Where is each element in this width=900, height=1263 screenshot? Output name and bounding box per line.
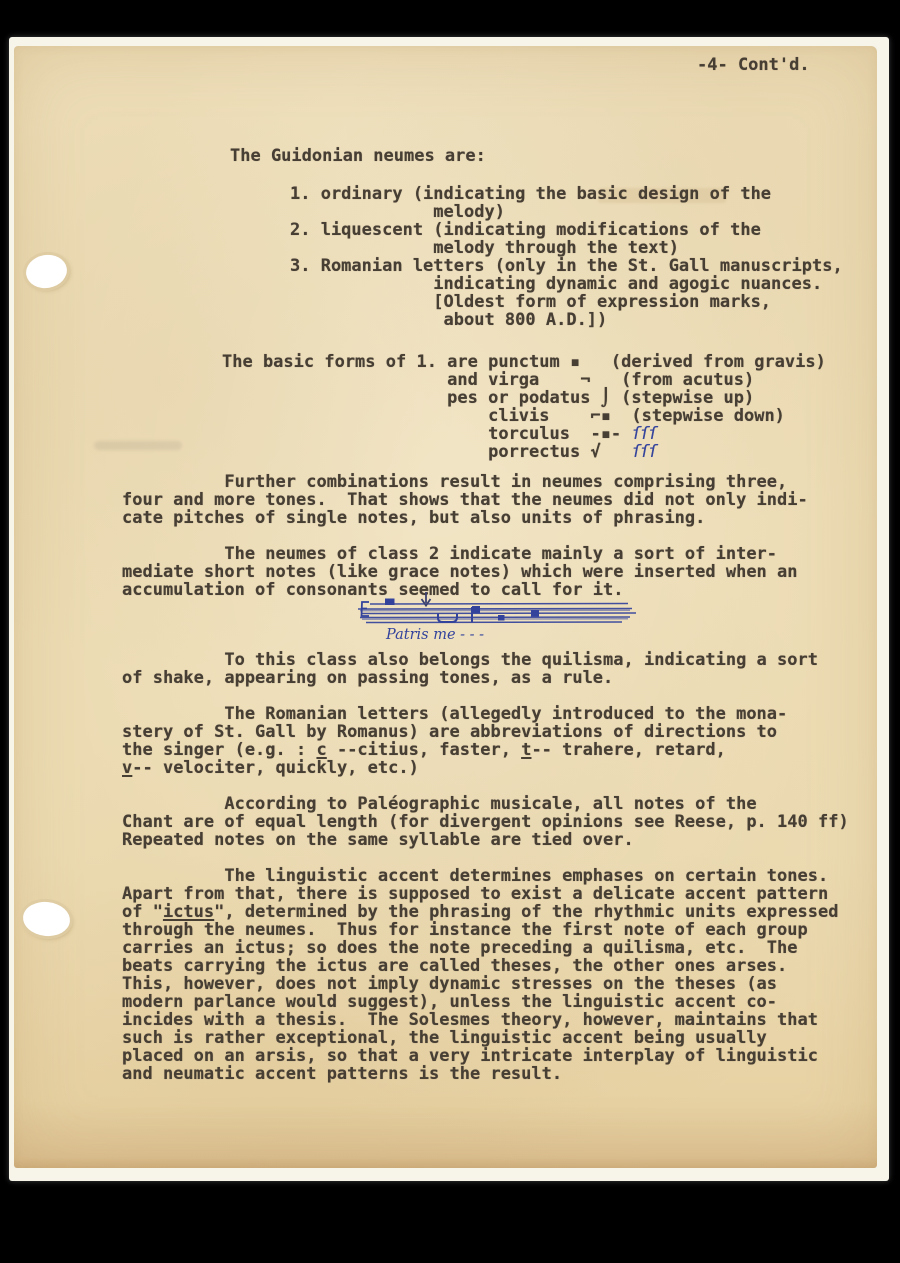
staff-svg: Patris me - - - xyxy=(352,592,644,656)
text-line: modern parlance would suggest), unless t… xyxy=(122,993,838,1011)
pencil-smudge xyxy=(94,441,182,450)
text-line: Repeated notes on the same syllable are … xyxy=(122,831,849,849)
text-line: cate pitches of single notes, but also u… xyxy=(122,509,808,527)
text-line: such is rather exceptional, the linguist… xyxy=(122,1029,838,1047)
text-block-basic-forms: The basic forms of 1. are punctum ▪ (der… xyxy=(222,353,826,461)
text-line: about 800 A.D.]) xyxy=(290,311,843,329)
text-line: of "ictus", determined by the phrasing o… xyxy=(122,903,838,921)
text-line: The linguistic accent determines emphase… xyxy=(122,867,838,885)
text-line: According to Paléographic musicale, all … xyxy=(122,795,849,813)
text-line: The Romanian letters (allegedly introduc… xyxy=(122,705,787,723)
text-block-para-combinations: Further combinations result in neumes co… xyxy=(122,473,808,527)
text-line: This, however, does not imply dynamic st… xyxy=(122,975,838,993)
musical-staff-drawing: Patris me - - - xyxy=(352,592,644,656)
text-line: four and more tones. That shows that the… xyxy=(122,491,808,509)
text-line: through the neumes. Thus for instance th… xyxy=(122,921,838,939)
text-line: Apart from that, there is supposed to ex… xyxy=(122,885,838,903)
text-line: the singer (e.g. : c --citius, faster, t… xyxy=(122,741,787,759)
handwritten-ink-mark: ſſſ xyxy=(631,442,656,462)
text-block-para-quilisma: To this class also belongs the quilisma,… xyxy=(122,651,818,687)
text-line: Further combinations result in neumes co… xyxy=(122,473,808,491)
text-line: beats carrying the ictus are called thes… xyxy=(122,957,838,975)
text-line: and neumatic accent patterns is the resu… xyxy=(122,1065,838,1083)
text-line: mediate short notes (like grace notes) w… xyxy=(122,563,798,581)
text-line: torculus -▪- ſſſ xyxy=(222,425,826,443)
text-line: clivis ⌐▪ (stepwise down) xyxy=(222,407,826,425)
page-number-header: -4- Cont'd. xyxy=(697,56,810,74)
text-block-para-paleographic: According to Paléographic musicale, all … xyxy=(122,795,849,849)
text-line: melody through the text) xyxy=(290,239,843,257)
text-line: porrectus √ ſſſ xyxy=(222,443,826,461)
text-line: [Oldest form of expression marks, xyxy=(290,293,843,311)
text-line: of shake, appearing on passing tones, as… xyxy=(122,669,818,687)
text-line: pes or podatus ⌡ (stepwise up) xyxy=(222,389,826,407)
text-line: incides with a thesis. The Solesmes theo… xyxy=(122,1011,838,1029)
handwritten-ink-mark: ſſſ xyxy=(631,424,656,444)
text-line: v-- velociter, quickly, etc.) xyxy=(122,759,787,777)
text-line: indicating dynamic and agogic nuances. xyxy=(290,275,843,293)
text-line: 2. liquescent (indicating modifications … xyxy=(290,221,843,239)
text-line: and virga ¬ (from acutus) xyxy=(222,371,826,389)
staff-lines xyxy=(358,604,636,623)
text-block-para-ictus: The linguistic accent determines emphase… xyxy=(122,867,838,1083)
text-line: 3. Romanian letters (only in the St. Gal… xyxy=(290,257,843,275)
text-line: The neumes of class 2 indicate mainly a … xyxy=(122,545,798,563)
text-line: 1. ordinary (indicating the basic design… xyxy=(290,185,843,203)
text-line: stery of St. Gall by Romanus) are abbrev… xyxy=(122,723,787,741)
text-line: placed on an arsis, so that a very intri… xyxy=(122,1047,838,1065)
text-line: Chant are of equal length (for divergent… xyxy=(122,813,849,831)
text-block-intro: The Guidonian neumes are: xyxy=(230,147,486,165)
text-line: carries an ictus; so does the note prece… xyxy=(122,939,838,957)
scanned-document-screenshot: { "page": { "header": "-4- Cont'd.", "pa… xyxy=(0,0,900,1263)
text-line: melody) xyxy=(290,203,843,221)
text-block-neume-list: 1. ordinary (indicating the basic design… xyxy=(290,185,843,329)
text-block-para-romanian: The Romanian letters (allegedly introduc… xyxy=(122,705,787,777)
staff-lyric: Patris me - - - xyxy=(385,627,484,643)
text-block-para-class2: The neumes of class 2 indicate mainly a … xyxy=(122,545,798,599)
text-line: The Guidonian neumes are: xyxy=(230,147,486,165)
text-line: The basic forms of 1. are punctum ▪ (der… xyxy=(222,353,826,371)
